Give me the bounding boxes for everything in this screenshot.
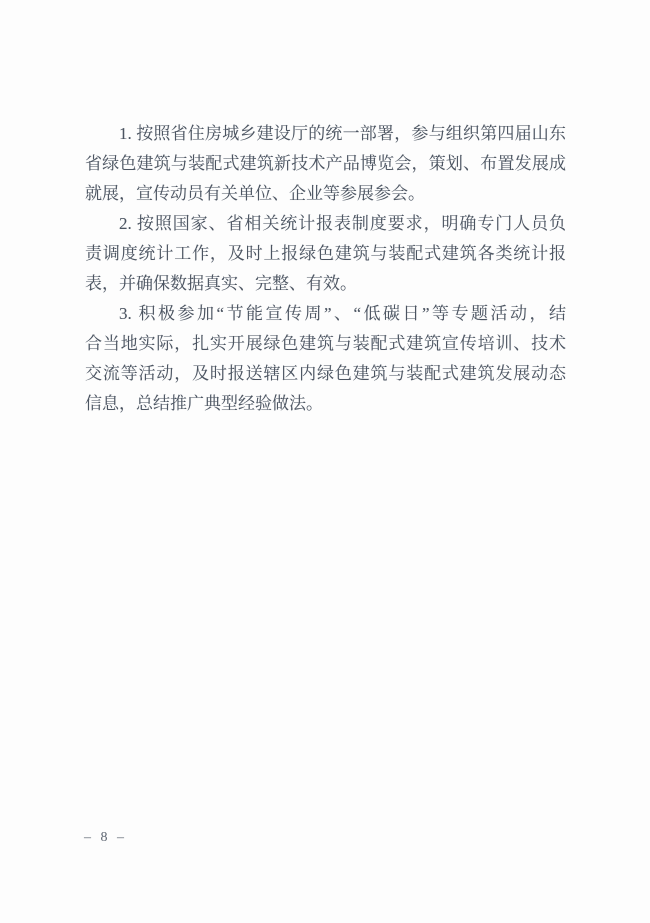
document-body: 1. 按照省住房城乡建设厅的统一部署，参与组织第四届山东省绿色建筑与装配式建筑新…: [85, 119, 566, 419]
paragraph-line: 省绿色建筑与装配式建筑新技术产品博览会，策划、布置发展成: [85, 149, 566, 179]
paragraph-line: 交流等活动，及时报送辖区内绿色建筑与装配式建筑发展动态: [85, 359, 566, 389]
paragraph-2: 2. 按照国家、省相关统计报表制度要求，明确专门人员负责调度统计工作，及时上报绿…: [85, 209, 566, 299]
paragraph-line: 合当地实际，扎实开展绿色建筑与装配式建筑宣传培训、技术: [85, 329, 566, 359]
paragraph-line: 就展，宣传动员有关单位、企业等参展参会。: [85, 179, 566, 209]
paragraph-line: 3. 积极参加“节能宣传周”、“低碳日”等专题活动，结: [85, 299, 566, 329]
paragraph-1: 1. 按照省住房城乡建设厅的统一部署，参与组织第四届山东省绿色建筑与装配式建筑新…: [85, 119, 566, 209]
paragraph-line: 2. 按照国家、省相关统计报表制度要求，明确专门人员负: [85, 209, 566, 239]
paragraph-line: 信息，总结推广典型经验做法。: [85, 389, 566, 419]
paragraph-line: 1. 按照省住房城乡建设厅的统一部署，参与组织第四届山东: [85, 119, 566, 149]
page-number: – 8 –: [84, 830, 127, 846]
document-page: 1. 按照省住房城乡建设厅的统一部署，参与组织第四届山东省绿色建筑与装配式建筑新…: [0, 0, 650, 923]
paragraph-3: 3. 积极参加“节能宣传周”、“低碳日”等专题活动，结合当地实际，扎实开展绿色建…: [85, 299, 566, 419]
paragraph-line: 责调度统计工作，及时上报绿色建筑与装配式建筑各类统计报: [85, 239, 566, 269]
paragraph-line: 表，并确保数据真实、完整、有效。: [85, 269, 566, 299]
